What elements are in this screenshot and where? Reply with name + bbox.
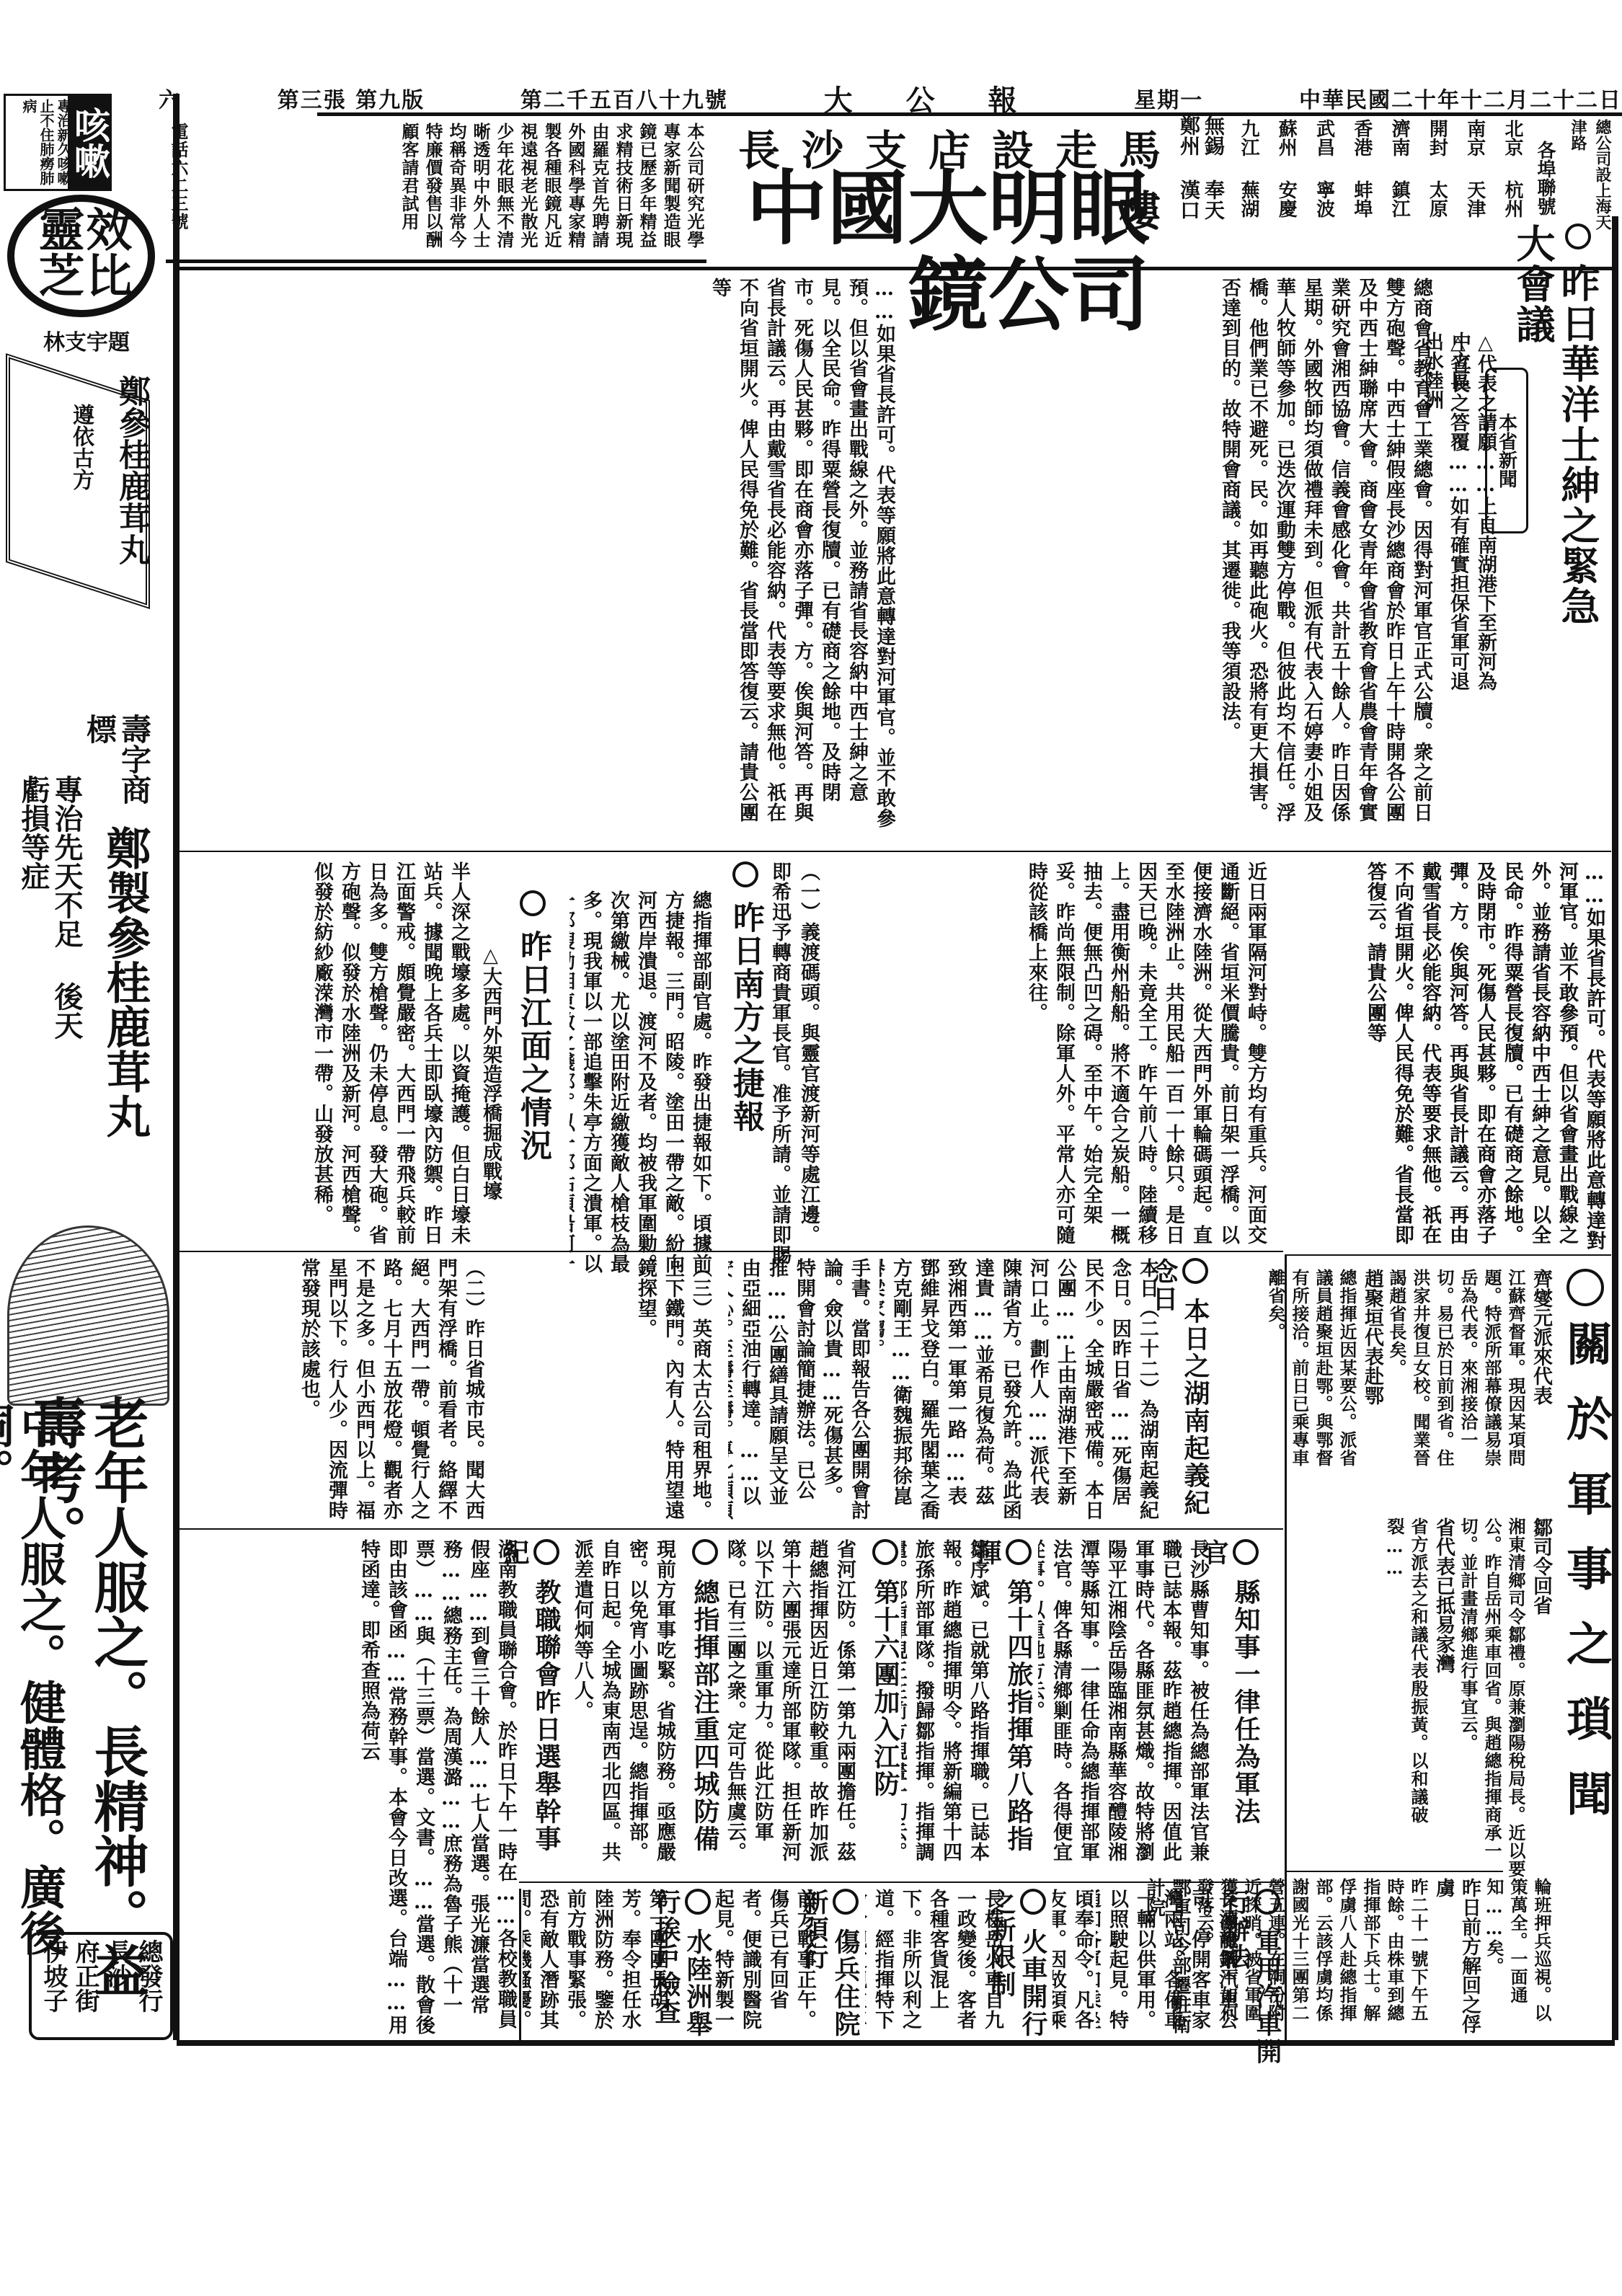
lingzhi-signature: 林支宇題	[22, 324, 151, 356]
lead-final-tail: ……如果省長許可。代表等願將此意轉達對河軍官。並不敢參預。但以省會畫出戰線之外。…	[1287, 861, 1608, 1251]
deer-pill-trademark: 壽字商標	[87, 714, 151, 822]
military-item-body: 湘東清鄉司令鄒禮。原兼瀏陽稅局長。近以要公。昨自岳州乘車回省。與趙總指揮商承一切…	[1456, 1517, 1528, 1878]
circle-bullet-icon	[732, 861, 758, 887]
elder-ad-dealer-box: 總發行 長沙 府正街伊坡子	[29, 1932, 173, 2040]
military-item-body: 總指揮近因某要公。派省議員趙聚垣赴鄂。與鄂督有所接洽。前日已乘專車離省矣。	[1264, 1269, 1359, 1478]
lead-subhead-2: △省長之答覆……如有確實担保省軍可退出水陸洲	[1443, 332, 1471, 706]
circle-bullet-icon	[1020, 1889, 1046, 1915]
circle-bullet-icon	[1182, 1258, 1208, 1284]
military-item-title: 省代表已抵易家灣	[1430, 1517, 1456, 1878]
eighth-route-headline-block: 第十四旅指揮第八路指揮	[995, 1539, 1034, 1878]
river-situation-subhead: △大西門外架造浮橋掘成戰壕	[476, 944, 503, 1233]
military-item-title: 昨日前方解回之俘虜	[1430, 1878, 1482, 2036]
cough-ad-title: 咳嗽	[68, 96, 110, 190]
train-headline-block: 火車開行之新限制	[1009, 1889, 1049, 2040]
deer-pill-name: 鄭製參桂鹿茸丸	[85, 825, 150, 1200]
river-situation-cont: 半人深之戰壕多處。以資掩護。但白日壕未站兵。據聞晚上各兵士即臥壕內防禦。昨日江面…	[184, 861, 472, 1251]
military-item-title: 鄒司令回省	[1528, 1517, 1554, 1878]
ads-column-rule	[173, 94, 180, 2040]
deer-pill-tablet-method: 遵依古方	[65, 404, 97, 526]
lead-article-continuation: ……如果省長許可。代表等願將此意轉達對河軍官。並不敢參預。但以省會畫出戰線之外。…	[184, 278, 898, 840]
four-gates-body: 現前方軍事吃緊。省城防務。亟應嚴密。以免宵小圖跡思逞。總指揮部。自昨日起。全城為…	[570, 1539, 678, 1878]
lead-subhead-1: △代表之請願……上自南湖港下至新河為中立區	[1471, 332, 1498, 706]
uprising-tail: （二）昨日省城市民。聞大西門架有浮橋。前看者。絡繹不絕。大西門一帶。頓覺行人之路…	[184, 1258, 487, 1525]
lower-rule	[177, 1251, 1283, 1252]
glasses-company-name: 中國大明眼鏡公司	[717, 166, 1150, 252]
issue-number: 第二千五百八十九號	[520, 82, 728, 114]
teachers-union-body: 湖南教職員聯合會。於昨日下午一時在……各校教職員假座……到會三十餘人……七人當選…	[184, 1539, 519, 2036]
river-situation-headline: 昨日江面之情況	[515, 930, 551, 1162]
right-edge-rule	[1612, 216, 1618, 2040]
lingzhi-brand: 效比靈芝	[34, 205, 129, 306]
train-limit-body: 長株岳火車自九一政變後。客者各種客貨混上下。非所以利之道。經指揮特下命令規定現在…	[865, 1889, 1006, 2040]
military-items-middle: 鄒司令回省 湘東清鄉司令鄒禮。原兼瀏陽稅局長。近以要公。昨自岳州乘車回省。與趙總…	[1294, 1517, 1554, 1878]
military-item-body: 省方派去之和議代表殷振黃。以和議破裂……	[1383, 1517, 1430, 1878]
circle-bullet-icon	[533, 1539, 559, 1565]
cities-top-row: 北京 南京 開封 濟南 香港 武昌 蘇州 九江	[1236, 119, 1525, 156]
public-meeting-body: 手書。當即報告各公團開會討論。僉以貴……死傷甚多。特開會討論簡捷辦法。已公推………	[728, 1258, 872, 1525]
sixteenth-regiment-body: 省河江防。係第一第九兩團擔任。茲趙總指揮因近日江防較重。故昨加派第十六團張元達所…	[721, 1539, 858, 1878]
military-item-title: 趙聚垣代表赴鄂	[1359, 1269, 1385, 1478]
page-bottom-rule	[177, 2040, 1615, 2046]
four-gates-headline-block: 總指揮部注重四城防備	[681, 1539, 721, 1878]
circle-bullet-icon	[520, 890, 546, 916]
mid-rule	[177, 851, 1611, 852]
masthead: 六 第三張 第九版 第二千五百八十九號 大 公 報 星期一 中華民國二十年十二月…	[159, 85, 1622, 111]
lead-headline-block: 昨日華洋士紳之緊急大會議	[1521, 223, 1600, 656]
ads-bottom-rule	[177, 267, 1615, 270]
section-number: 第三張 第九版	[278, 82, 425, 114]
dealer-title: 總發行	[134, 1939, 163, 2013]
military-intro-tail: 輪班押兵巡視。以策萬全。一面通知……矣。	[1482, 1878, 1554, 2036]
sixteenth-regiment-headline: 第十六團加入江防	[870, 1579, 900, 1798]
victory-prev-tail: 即希迅予轉商貴軍長官。准予所請。並請即賜復為荷。戴雪琴頓十月二十一	[764, 861, 793, 1265]
train-prev-body: 頃奉命令。凡各友軍。因故須乘通知敝部副官處。以便派人押車不開車。特此通告云云。	[1052, 1889, 1096, 2040]
shuilu-headline-block: 水陸洲舉行挨戶檢查	[674, 1889, 714, 2040]
circle-bullet-icon	[872, 1539, 898, 1565]
glasses-notice-text: 本公司研究光學專家新聞製造眼鏡已歷多年精益求精技術日新現由羅克首先聘請外國科學專…	[173, 123, 706, 252]
river-situation-body: 近日兩軍隔河對峙。雙方均有重兵。河面交通斷絕。省垣米價騰貴。前日架一浮橋。以便接…	[829, 861, 1269, 1251]
river-situation-item-1: （一）義渡碼頭。與靈官渡新河等處江邊。各……	[793, 861, 822, 1251]
glasses-notice-ad: 本公司研究光學專家新聞製造眼鏡已歷多年精益求精技術日新現由羅克首先聘請外國科學專…	[166, 115, 706, 263]
circle-bullet-icon	[1006, 1539, 1032, 1565]
uprising-headline-block: 本日之湖南起義紀念日	[1168, 1258, 1211, 1525]
circle-bullet-icon	[1566, 1269, 1604, 1306]
city-branches: 總公司設上海天津路 各埠聯號 北京 南京 開封 濟南 香港 武昌 蘇州 九江 杭…	[1226, 119, 1615, 234]
bottom-col-rule	[519, 1889, 521, 2040]
dealer-city: 長沙	[102, 1939, 131, 1988]
military-headline-block: 關於軍事之瑣聞	[1557, 1269, 1608, 1918]
lead-headline: 昨日華洋士紳之緊急大會議	[1510, 223, 1601, 626]
deer-pill-claims: 專治先天不足 後天虧損等症	[14, 775, 83, 1063]
military-items-upper: 齊燮元派來代表 江蘇齊督軍。現因某項問題。特派所部幕僚議易崇岳為代表。來湘接洽一…	[1294, 1269, 1554, 1478]
southern-victory-headline: 昨日南方之捷報	[727, 901, 764, 1133]
military-news-headline: 關於軍事之瑣聞	[1559, 1320, 1613, 1845]
weekday: 星期一	[1134, 82, 1203, 114]
military-item-title: 鄂軍司令部遷駐衛計院	[1140, 1878, 1192, 2036]
military-item-title: 齊燮元派來代表	[1528, 1269, 1554, 1478]
glasses-branch-note: 長沙支店設走馬樓	[721, 117, 1182, 167]
court-martial-headline-block: 縣知事一律任為軍法官	[1218, 1539, 1262, 1842]
court-martial-body: 長沙縣曹知事。被任為總部軍法官兼職已誌本報。茲昨趙總指揮。因值此軍事時代。各縣匪…	[1038, 1539, 1211, 1878]
glasses-phone: 電話六二三號	[166, 123, 190, 252]
circle-bullet-icon	[1233, 1539, 1259, 1565]
lead-article-body: 總商會省教育會工業總會。因得對河軍官正式公牘。衆之前日雙方砲聲。中西士紳假座長沙…	[901, 278, 1435, 833]
circle-bullet-icon	[833, 1889, 859, 1915]
victory-headline-block: 昨日南方之捷報	[721, 861, 764, 1265]
river-items: （三）英商太古公司租界地。上下鐵門。內有人。特用望遠鏡探望。	[497, 1258, 714, 1525]
southern-victory-body: 總指揮部副官處。昨發出捷報如下。頃據前方捷報。三門。昭陵。塗田一帶之敵。紛向河西…	[570, 890, 714, 1280]
head-office: 總公司設上海天津路	[1564, 119, 1615, 234]
cough-ad: 咳嗽 專治新久咳嗽 止不住肺癆肺病	[4, 94, 112, 191]
branches-label: 各埠聯號	[1533, 141, 1557, 234]
lingzhi-ad-emblem: 效比靈芝	[7, 195, 155, 317]
river-headline-block: 昨日江面之情況	[508, 890, 551, 1236]
elder-illustration-icon	[7, 1225, 169, 1406]
circle-bullet-icon	[685, 1889, 711, 1915]
military-item-body: 江蘇齊督軍。現因某項問題。特派所部幕僚議易崇岳為代表。來湘接洽一切。易已於日前到…	[1385, 1269, 1528, 1478]
circle-bullet-icon	[692, 1539, 718, 1565]
uprising-day-body: 本日（二十二）為湖南起義紀念日。因昨日省……死傷居民不少。全城嚴密戒備。本日公團…	[879, 1258, 1161, 1525]
eighth-route-body: 鄒序斌。已就第八路指揮職。已誌本報。昨趙總指揮明令。將新編第十四旅孫所部軍隊。撥…	[901, 1539, 991, 1878]
military-items-lower: 輪班押兵巡視。以策萬全。一面通知……矣。 昨日前方解回之俘虜 昨二十一號下午五時…	[1294, 1878, 1554, 2036]
lower-rule-2	[177, 1528, 1283, 1530]
cough-ad-text: 專治新久咳嗽 止不住肺癆肺病	[9, 99, 72, 190]
issue-date: 中華民國二十年十二月二十二日	[1299, 82, 1622, 114]
military-item-body: 昨二十一號下午五時餘。由株車到總指揮部下兵士。解俘虜八人赴總指揮部。云該俘虜均係…	[1192, 1878, 1430, 2036]
four-gates-headline: 總指揮部注重四城防備	[690, 1579, 720, 1853]
dealer-name: 府正街伊坡子	[39, 1939, 99, 2013]
military-top-rule	[1287, 1254, 1611, 1256]
wounded-body: 前方戰事正午。傷兵已有回省者。便識別醫院起見。特新製一種證。規定凡前綫回省傷兵一…	[714, 1889, 818, 2040]
sixteenth-headline-block: 第十六團加入江防	[861, 1539, 901, 1878]
shuilu-search-body: 第一團團長胡芳。奉令担任水陸洲防務。鑒於前方戰事緊張。恐有敵人潛跡其間。乘機騷擾…	[523, 1889, 670, 2040]
circle-bullet-icon	[1565, 223, 1591, 249]
teachers-headline-block: 教職聯會昨日選舉幹事紀	[523, 1539, 562, 1878]
wounded-headline-block: 傷兵住院新須行	[822, 1889, 861, 2040]
military-inner-rule	[1287, 1871, 1503, 1872]
cities-bottom-row: 杭州 天津 太原 鎮江 蚌埠 寧波 安慶 蕪湖	[1236, 180, 1525, 218]
